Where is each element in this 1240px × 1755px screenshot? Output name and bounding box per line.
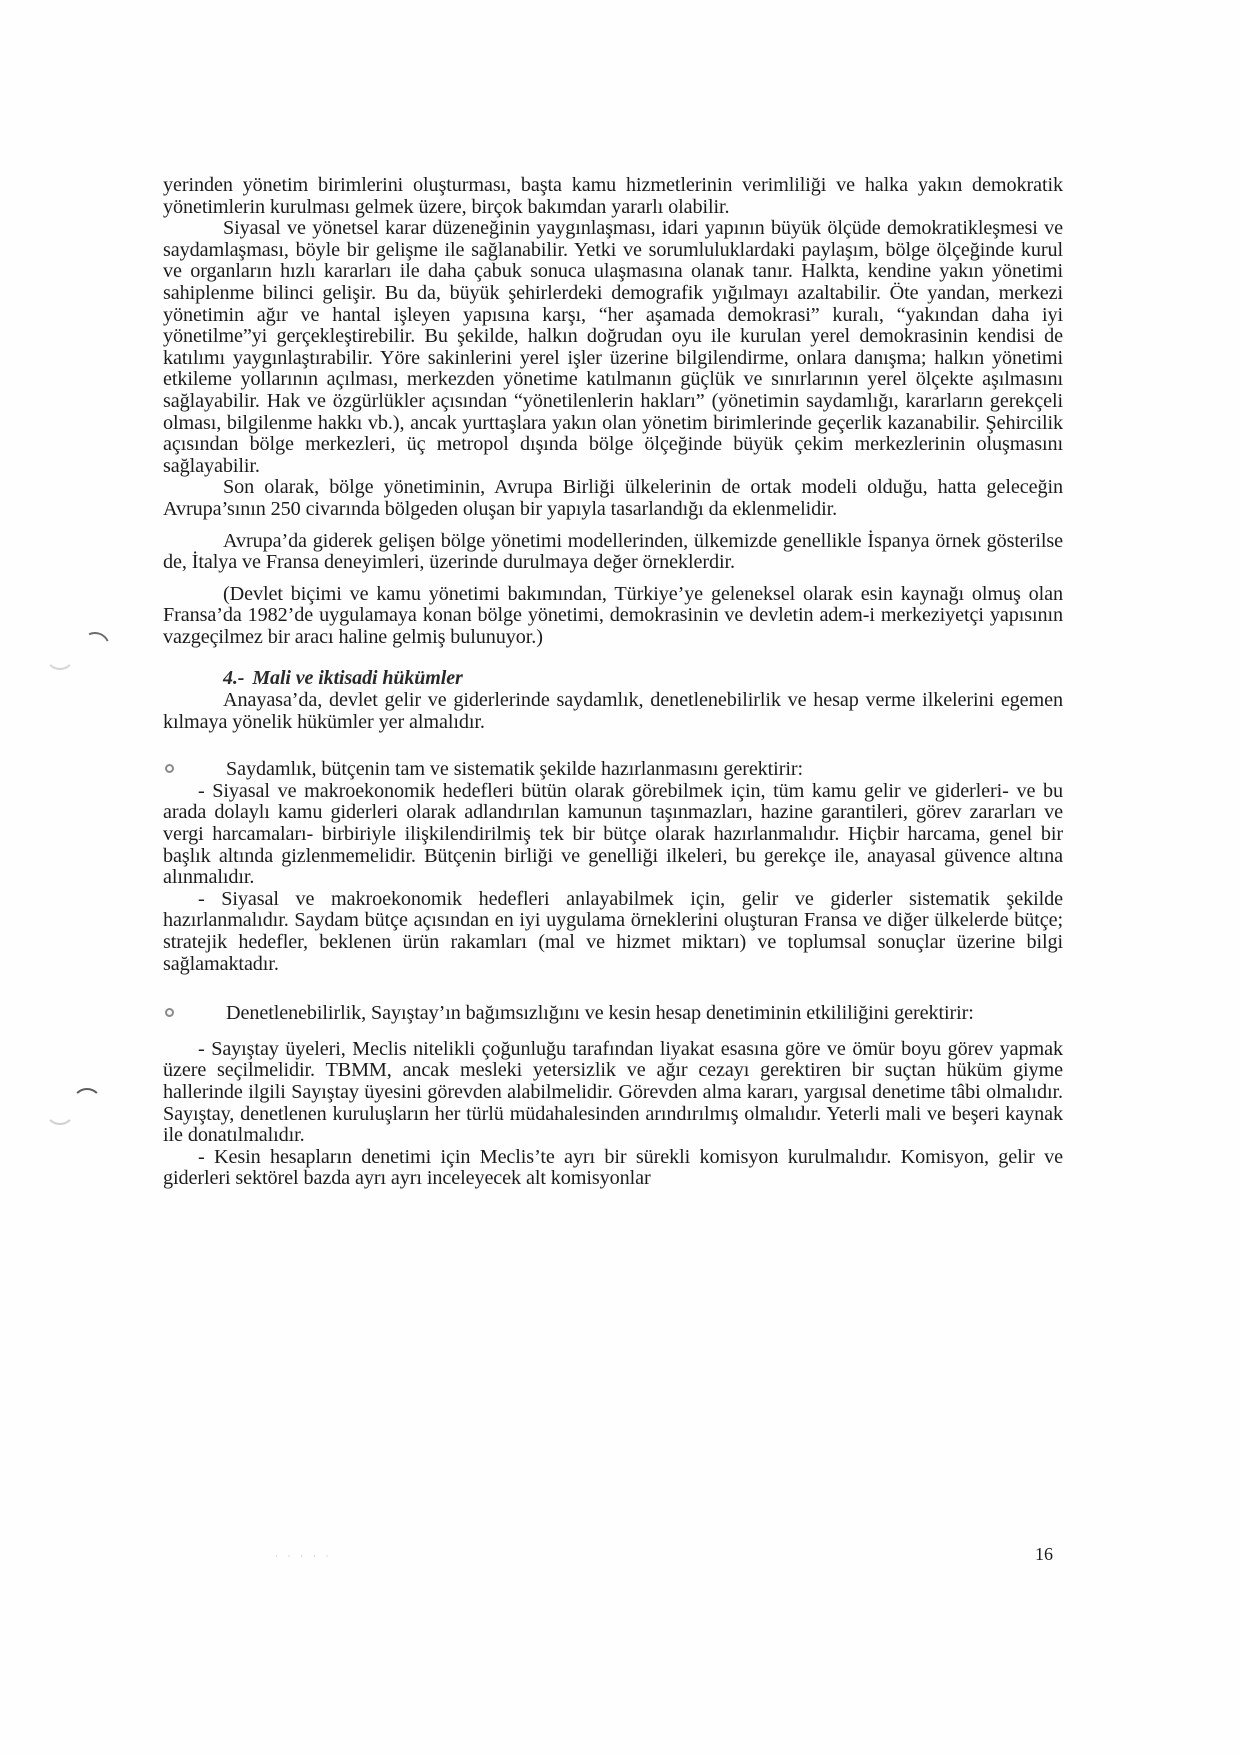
paragraph-france-note: (Devlet biçimi ve kamu yönetimi bakımınd…: [163, 584, 1063, 649]
punch-hole-mark: [72, 1088, 102, 1118]
bullet-block-transparency: Saydamlık, bütçenin tam ve sistematik şe…: [163, 759, 1063, 975]
paragraph-continuation: yerinden yönetim birimlerini oluşturması…: [163, 175, 1063, 218]
punch-hole-mark: [76, 628, 114, 666]
bullet-circle-icon: [165, 1008, 174, 1017]
section-heading: 4.-Mali ve iktisadi hükümler: [163, 668, 1063, 690]
document-body: yerinden yönetim birimlerini oluşturması…: [163, 175, 1063, 1190]
section-title: Mali ve iktisadi hükümler: [252, 667, 462, 689]
bullet-text: Denetlenebilirlik, Sayıştay’ın bağımsızl…: [226, 1003, 1063, 1025]
paragraph-regional-governance: Siyasal ve yönetsel karar düzeneğinin ya…: [163, 218, 1063, 477]
bullet-block-auditability: Denetlenebilirlik, Sayıştay’ın bağımsızl…: [163, 1003, 1063, 1190]
section-intro: Anayasa’da, devlet gelir ve giderlerinde…: [163, 690, 1063, 733]
bullet-item: Denetlenebilirlik, Sayıştay’ın bağımsızl…: [163, 1003, 1063, 1025]
sub-item: - Kesin hesapların denetimi için Meclis’…: [163, 1147, 1063, 1190]
page-number: 16: [1035, 1544, 1053, 1565]
paragraph-eu-model: Son olarak, bölge yönetiminin, Avrupa Bi…: [163, 477, 1063, 520]
punch-hole-mark: [45, 640, 75, 670]
section-number: 4.-: [223, 667, 244, 689]
bullet-item: Saydamlık, bütçenin tam ve sistematik şe…: [163, 759, 1063, 781]
sub-item: - Sayıştay üyeleri, Meclis nitelikli çoğ…: [163, 1039, 1063, 1147]
paragraph-european-examples: Avrupa’da giderek gelişen bölge yönetimi…: [163, 531, 1063, 574]
document-page: yerinden yönetim birimlerini oluşturması…: [0, 0, 1240, 1755]
sub-item: - Siyasal ve makroekonomik hedefleri anl…: [163, 889, 1063, 975]
punch-hole-mark: [45, 1095, 75, 1125]
bullet-text: Saydamlık, bütçenin tam ve sistematik şe…: [226, 759, 1063, 781]
sub-item: - Siyasal ve makroekonomik hedefleri büt…: [163, 781, 1063, 889]
scan-artifact: · · · · ·: [275, 1552, 332, 1561]
bullet-circle-icon: [165, 764, 174, 773]
